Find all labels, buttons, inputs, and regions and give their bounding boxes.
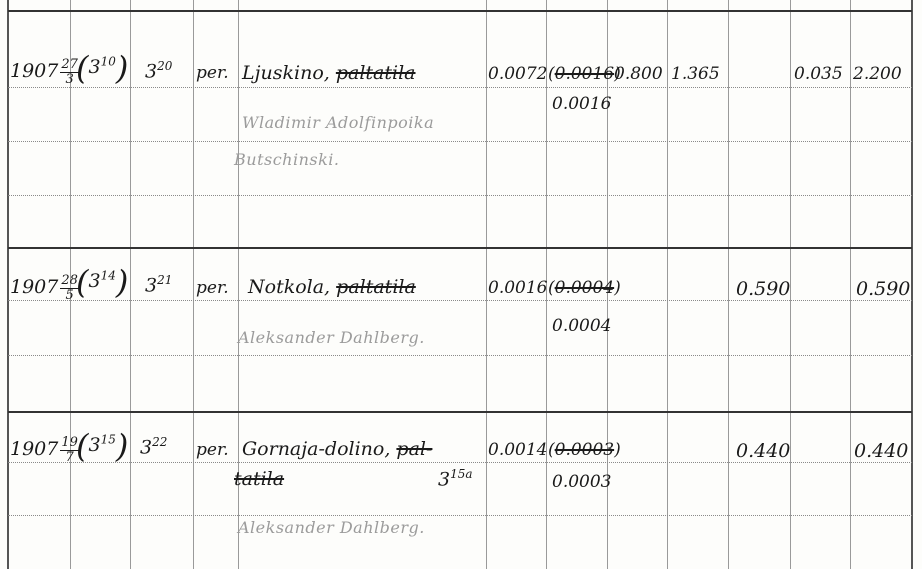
dotted-line	[8, 462, 912, 463]
extra-reference: 315a	[438, 468, 473, 489]
value-col-e: 0.440	[736, 442, 790, 461]
place: Ljuskino,	[242, 62, 330, 84]
previous-reference: (315)	[76, 430, 128, 462]
struck-word: paltatila	[336, 62, 416, 84]
ledger-page: 1907273 (310) 320 per. Ljuskino, paltati…	[0, 0, 922, 569]
ref-base: 3	[145, 60, 157, 82]
column-rule	[130, 0, 131, 569]
value-col-b-struck: (0.0003)	[548, 442, 621, 459]
reference: 320	[145, 60, 172, 81]
column-rule	[193, 0, 194, 569]
entry-date: 1907285	[10, 274, 79, 302]
dotted-line	[8, 87, 912, 88]
column-rule	[667, 0, 668, 569]
struck-value: 0.0016	[555, 64, 614, 84]
ref-sup: 10	[101, 55, 116, 69]
place: Notkola,	[248, 276, 330, 298]
value-col-b: 0.0016	[552, 96, 611, 113]
struck-word: paltatila	[336, 276, 416, 298]
place-name: Notkola, paltatila	[248, 278, 416, 297]
owner-name: Aleksander Dahlberg.	[238, 330, 425, 346]
owner-name: Wladimir Adolfinpoika	[242, 115, 434, 131]
owner-name-cont: Butschinski.	[234, 152, 340, 168]
ref-sup: 20	[157, 59, 172, 73]
date-year: 1907	[10, 60, 58, 82]
date-year: 1907	[10, 276, 58, 298]
dotted-line	[8, 515, 912, 516]
place-name: Gornaja-dolino, pal-	[242, 440, 432, 459]
value-col-e: 0.590	[736, 280, 790, 299]
abbreviation: per.	[196, 65, 229, 82]
value-col-a: 0.0016	[488, 280, 547, 297]
ref-sup: 15	[101, 433, 116, 447]
entry-date: 1907273	[10, 58, 79, 86]
column-rule	[486, 0, 487, 569]
value-col-c: 0.800	[614, 66, 663, 83]
abbreviation: per.	[196, 442, 229, 459]
place-name: Ljuskino, paltatila	[242, 64, 416, 83]
entry-date: 1907197	[10, 436, 79, 464]
entry-separator	[8, 10, 912, 12]
column-rule	[850, 0, 851, 569]
ref-base: 3	[438, 468, 450, 490]
place-name-cont: tatila	[234, 470, 284, 489]
abbreviation: per.	[196, 280, 229, 297]
ref-base: 3	[88, 434, 100, 456]
previous-reference: (310)	[76, 52, 128, 84]
ref-sup: 21	[157, 273, 172, 287]
entry-separator	[8, 247, 912, 249]
left-border	[7, 0, 9, 569]
struck-word: pal-	[396, 438, 432, 460]
ref-base: 3	[88, 56, 100, 78]
place: Gornaja-dolino,	[242, 438, 390, 460]
value-col-b-struck: (0.0016)	[548, 66, 621, 83]
ref-sup: 15a	[450, 467, 472, 481]
value-col-b-struck: (0.0004)	[548, 280, 621, 297]
dotted-line	[8, 141, 912, 142]
ref-sup: 22	[152, 435, 167, 449]
ref-base: 3	[88, 270, 100, 292]
value-col-a: 0.0072	[488, 66, 547, 83]
ref-base: 3	[145, 274, 157, 296]
right-border	[911, 0, 913, 569]
value-col-g: 2.200	[853, 66, 902, 83]
value-col-g: 0.440	[854, 442, 908, 461]
ref-base: 3	[140, 436, 152, 458]
value-col-d: 1.365	[671, 66, 720, 83]
owner-name: Aleksander Dahlberg.	[238, 520, 425, 536]
dotted-line	[8, 355, 912, 356]
value-col-b: 0.0004	[552, 318, 611, 335]
column-rule	[728, 0, 729, 569]
reference: 322	[140, 436, 167, 457]
previous-reference: (314)	[76, 266, 128, 298]
entry-separator	[8, 411, 912, 413]
dotted-line	[8, 300, 912, 301]
struck-word: tatila	[234, 468, 284, 490]
date-year: 1907	[10, 438, 58, 460]
value-col-b: 0.0003	[552, 474, 611, 491]
ref-sup: 14	[101, 269, 116, 283]
value-col-g: 0.590	[856, 280, 910, 299]
dotted-line	[8, 195, 912, 196]
struck-value: 0.0003	[555, 440, 614, 460]
value-col-f: 0.035	[794, 66, 843, 83]
struck-value: 0.0004	[555, 278, 614, 298]
value-col-a: 0.0014	[488, 442, 547, 459]
reference: 321	[145, 274, 172, 295]
